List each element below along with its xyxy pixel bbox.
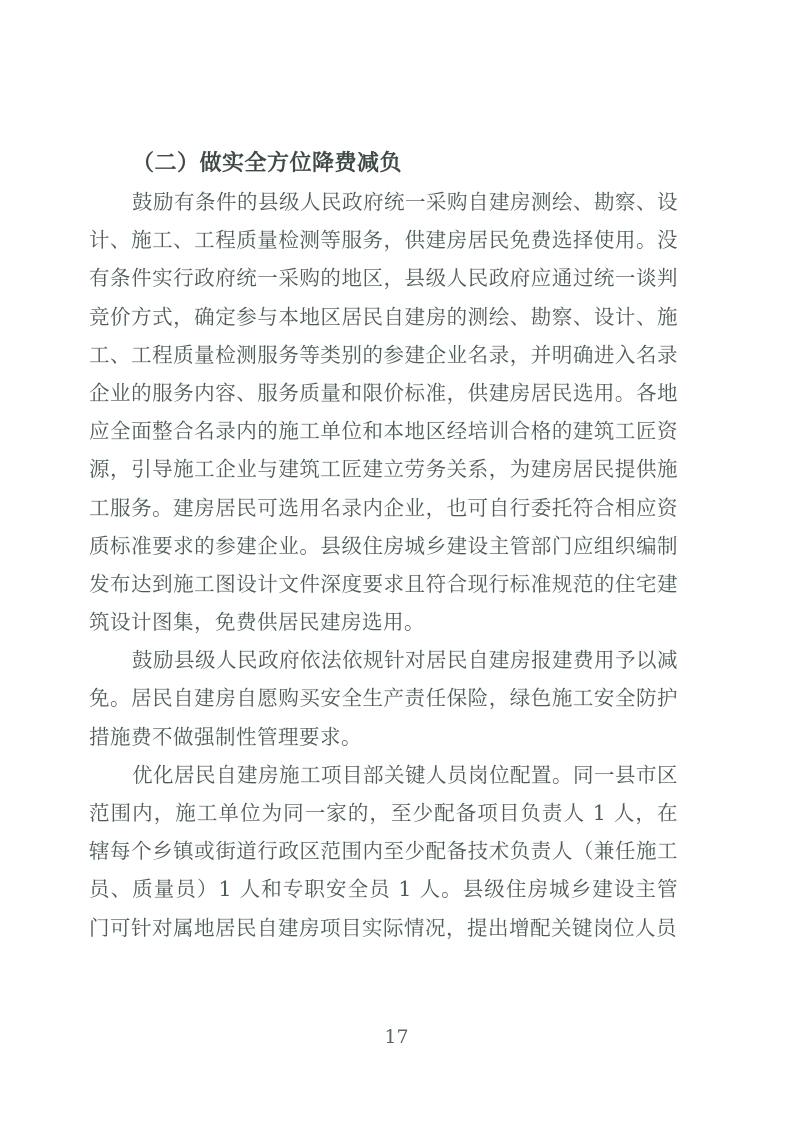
body-line: 员、质量员）1 人和专职安全员 1 人。县级住房城乡建设主管部 (89, 870, 678, 908)
paragraph: 鼓励县级人民政府依法依规针对居民自建房报建费用予以减免。居民自建房自愿购买安全生… (89, 641, 678, 756)
body-line: 发布达到施工图设计文件深度要求且符合现行标准规范的住宅建 (89, 565, 678, 603)
body-line: 鼓励有条件的县级人民政府统一采购自建房测绘、勘察、设 (89, 183, 678, 221)
body-line: 应全面整合名录内的施工单位和本地区经培训合格的建筑工匠资 (89, 412, 678, 450)
body-line: 范围内，施工单位为同一家的，至少配备项目负责人 1 人，在所 (89, 794, 678, 832)
body-line: 工、工程质量检测服务等类别的参建企业名录，并明确进入名录 (89, 336, 678, 374)
body-line: 筑设计图集，免费供居民建房选用。 (89, 603, 678, 641)
body-line: 鼓励县级人民政府依法依规针对居民自建房报建费用予以减 (89, 641, 678, 679)
body-line: 有条件实行政府统一采购的地区，县级人民政府应通过统一谈判 (89, 259, 678, 297)
body-line: 工服务。建房居民可选用名录内企业，也可自行委托符合相应资 (89, 489, 678, 527)
body-line: 辖每个乡镇或街道行政区范围内至少配备技术负责人（兼任施工 (89, 832, 678, 870)
body-line: 免。居民自建房自愿购买安全生产责任保险，绿色施工安全防护 (89, 679, 678, 717)
document-page: （二）做实全方位降费减负 鼓励有条件的县级人民政府统一采购自建房测绘、勘察、设计… (0, 0, 793, 1122)
body-line: 企业的服务内容、服务质量和限价标准，供建房居民选用。各地 (89, 374, 678, 412)
paragraph: 优化居民自建房施工项目部关键人员岗位配置。同一县市区范围内，施工单位为同一家的，… (89, 756, 678, 947)
body-line: 优化居民自建房施工项目部关键人员岗位配置。同一县市区 (89, 756, 678, 794)
paragraph: 鼓励有条件的县级人民政府统一采购自建房测绘、勘察、设计、施工、工程质量检测等服务… (89, 183, 678, 641)
section-heading: （二）做实全方位降费减负 (89, 143, 678, 183)
body-line: 源，引导施工企业与建筑工匠建立劳务关系，为建房居民提供施 (89, 450, 678, 488)
body-line: 措施费不做强制性管理要求。 (89, 718, 678, 756)
page-number: 17 (0, 1026, 793, 1048)
body-line: 质标准要求的参建企业。县级住房城乡建设主管部门应组织编制 (89, 527, 678, 565)
document-body: （二）做实全方位降费减负 鼓励有条件的县级人民政府统一采购自建房测绘、勘察、设计… (89, 143, 678, 947)
body-line: 计、施工、工程质量检测等服务，供建房居民免费选择使用。没 (89, 221, 678, 259)
body-line: 门可针对属地居民自建房项目实际情况，提出增配关键岗位人员 (89, 909, 678, 947)
body-line: 竞价方式，确定参与本地区居民自建房的测绘、勘察、设计、施 (89, 298, 678, 336)
